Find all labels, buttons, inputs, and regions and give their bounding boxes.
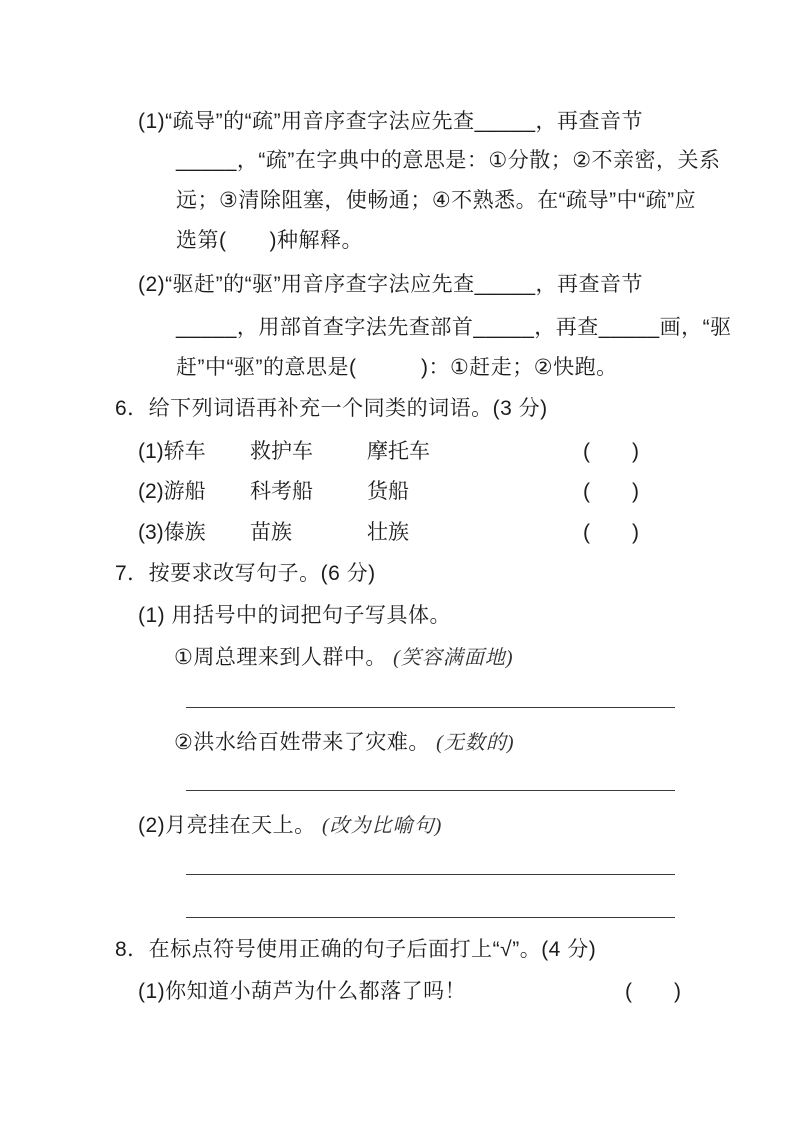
answer-line-3 xyxy=(186,874,675,875)
q5-part2-line1: (2)“驱赶”的“驱”用音序查字法应先查_____，再查音节 xyxy=(138,271,643,299)
q8-title: 8．在标点符号使用正确的句子后面打上“√”。(4 分) xyxy=(115,936,596,964)
q5-part2-line3: 赶”中“驱”的意思是( )：①赶走；②快跑。 xyxy=(176,354,618,382)
q5-part1-line2: _____，“疏”在字典中的意思是：①分散；②不亲密，关系 xyxy=(176,147,721,175)
answer-line-4 xyxy=(186,917,675,918)
q6-row3-word3: 壮族 xyxy=(367,519,409,547)
q7-part2: (2)月亮挂在天上。 (改为比喻句) xyxy=(138,812,442,840)
q8-item1-answer-brackets: ( ) xyxy=(625,978,681,1006)
answer-line-1 xyxy=(186,707,675,708)
q7-item2-hint: (无数的) xyxy=(436,732,514,754)
q6-row3-answer-brackets: ( ) xyxy=(583,519,639,547)
q8-item1-sentence: (1)你知道小葫芦为什么都落了吗！ xyxy=(138,978,466,1006)
q6-row2-num-word: (2)游船 xyxy=(138,478,206,506)
q7-part2-hint: (改为比喻句) xyxy=(322,815,442,837)
worksheet-page: (1)“疏导”的“疏”用音序查字法应先查_____，再查音节 _____，“疏”… xyxy=(0,0,793,1122)
q7-item2-sentence: ②洪水给百姓带来了灾难。 xyxy=(174,731,430,754)
q6-row2-word3: 货船 xyxy=(367,478,409,506)
q7-item1: ①周总理来到人群中。 (笑容满面地) xyxy=(174,644,514,672)
q5-part1-line4: 选第( )种解释。 xyxy=(176,227,363,255)
answer-line-2 xyxy=(186,790,675,791)
q5-part1-line3: 远；③清除阻塞，使畅通；④不熟悉。在“疏导”中“疏”应 xyxy=(176,187,696,215)
q6-row1-num-word: (1)轿车 xyxy=(138,438,206,466)
q6-row1-answer-brackets: ( ) xyxy=(583,438,639,466)
q7-item1-hint: (笑容满面地) xyxy=(393,647,513,669)
q5-part1-line1: (1)“疏导”的“疏”用音序查字法应先查_____，再查音节 xyxy=(138,108,643,136)
q7-part2-sentence: (2)月亮挂在天上。 xyxy=(138,814,316,837)
q6-row2-answer-brackets: ( ) xyxy=(583,478,639,506)
q5-part2-line2: _____，用部首查字法先查部首_____，再查_____画，“驱 xyxy=(176,314,732,342)
q6-row1-word2: 救护车 xyxy=(250,438,313,466)
q7-sub1-instruction: (1) 用括号中的词把句子写具体。 xyxy=(138,602,451,630)
q7-title: 7．按要求改写句子。(6 分) xyxy=(115,560,376,588)
q7-item2: ②洪水给百姓带来了灾难。 (无数的) xyxy=(174,729,515,757)
q6-row2-word2: 科考船 xyxy=(250,478,313,506)
q6-title: 6．给下列词语再补充一个同类的词语。(3 分) xyxy=(115,395,548,423)
q6-row3-num-word: (3)傣族 xyxy=(138,519,206,547)
q7-item1-sentence: ①周总理来到人群中。 xyxy=(174,646,387,669)
q6-row1-word3: 摩托车 xyxy=(367,438,430,466)
q6-row3-word2: 苗族 xyxy=(250,519,292,547)
